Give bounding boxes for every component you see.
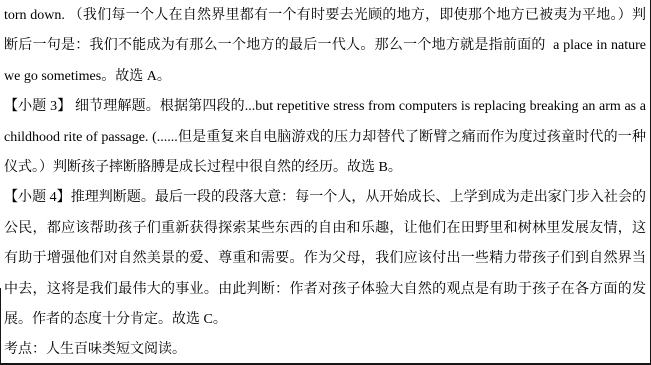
paragraph-question2-conclusion: torn down. （我们每一个人在自然界里都有一个有时要去光顾的地方，即使那… bbox=[4, 1, 646, 92]
paragraph-question3-analysis: 【小题 3】 细节理解题。根据第四段的...but repetitive str… bbox=[4, 92, 646, 183]
paragraph-exam-point: 考点：人生百味类短文阅读。 bbox=[4, 335, 646, 365]
answer-analysis-document: torn down. （我们每一个人在自然界里都有一个有时要去光顾的地方，即使那… bbox=[0, 0, 651, 365]
paragraph-question4-analysis: 【小题 4】推理判断题。最后一段的段落大意：每一个人，从开始成长、上学到成为走出… bbox=[4, 183, 646, 335]
left-border-line bbox=[0, 288, 1, 363]
